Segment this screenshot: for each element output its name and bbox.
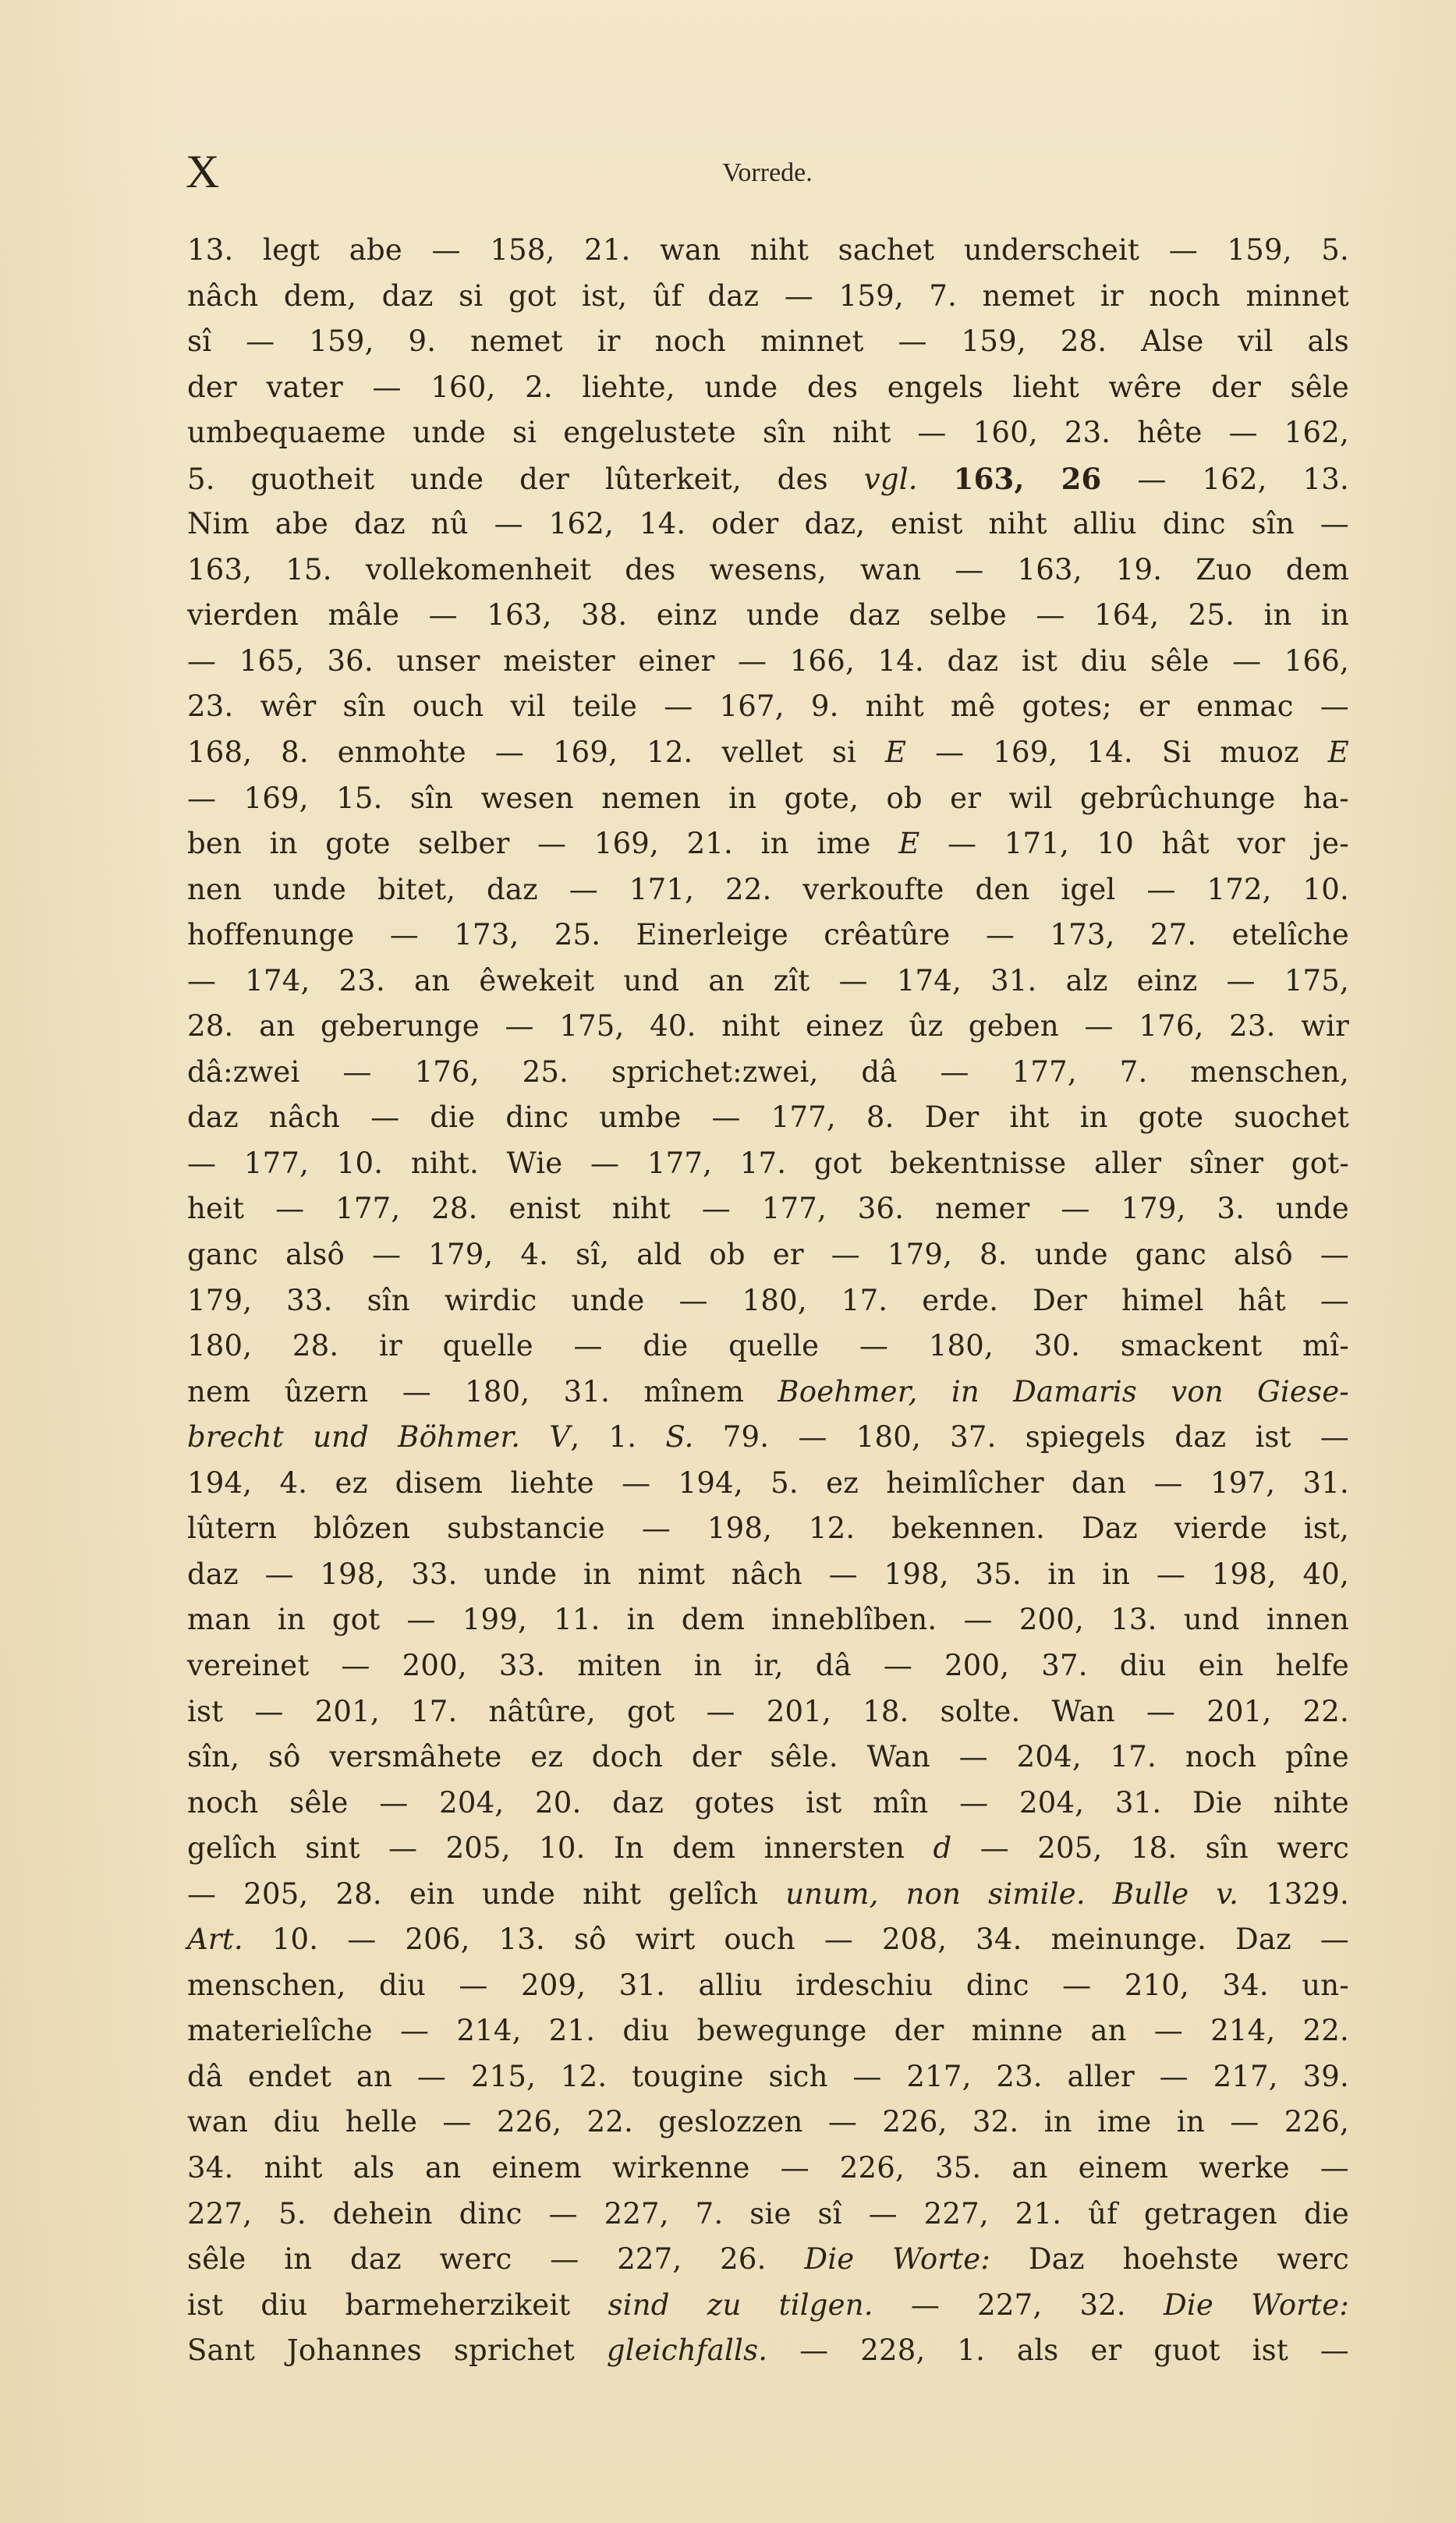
text-line: 179, 33. sîn wirdic unde — 180, 17. erde…: [187, 1278, 1349, 1324]
text-segment: 194, 4. ez disem liehte — 194, 5. ez hei…: [187, 1466, 1349, 1500]
text-segment: — 169, 15. sîn wesen nemen in gote, ob e…: [187, 781, 1349, 815]
text-segment: , 1.: [570, 1420, 665, 1454]
text-segment: 227, 5. dehein dinc — 227, 7. sie sî — 2…: [187, 2197, 1349, 2231]
text-line: der vater — 160, 2. liehte, unde des eng…: [187, 365, 1349, 411]
text-segment: nâch dem, daz si got ist, ûf daz — 159, …: [187, 279, 1349, 313]
text-segment: ist — 201, 17. nâtûre, got — 201, 18. so…: [187, 1695, 1349, 1728]
text-line: ist diu barmeherzikeit sind zu tilgen. —…: [187, 2283, 1349, 2329]
text-line: noch sêle — 204, 20. daz gotes ist mîn —…: [187, 1781, 1349, 1827]
running-head: X Vorrede.: [186, 148, 1349, 195]
text-segment: 1329.: [1238, 1877, 1349, 1911]
italic-text: Die Worte:: [804, 2242, 990, 2276]
italic-text: d: [933, 1831, 952, 1865]
text-segment: daz — 198, 33. unde in nimt nâch — 198, …: [187, 1557, 1349, 1591]
text-line: lûtern blôzen substancie — 198, 12. beke…: [187, 1506, 1349, 1552]
text-segment: — 171, 10 hât vor je-: [919, 827, 1349, 860]
text-segment: 10. — 206, 13. sô wirt ouch — 208, 34. m…: [243, 1922, 1349, 1956]
text-segment: — 205, 18. sîn werc: [951, 1831, 1349, 1865]
text-segment: vierden mâle — 163, 38. einz unde daz se…: [187, 598, 1349, 632]
text-segment: 79. — 180, 37. spiegels daz ist —: [694, 1420, 1349, 1454]
text-segment: — 228, 1. als er guot ist —: [767, 2333, 1349, 2367]
italic-text: S.: [665, 1420, 693, 1454]
text-line: nâch dem, daz si got ist, ûf daz — 159, …: [187, 274, 1349, 320]
text-line: vereinet — 200, 33. miten in ir, dâ — 20…: [187, 1643, 1349, 1689]
italic-text: vgl.: [864, 462, 918, 496]
text-segment: Daz hoehste werc: [990, 2242, 1349, 2276]
italic-text: brecht und Böhmer. V: [187, 1420, 570, 1454]
text-segment: 180, 28. ir quelle — die quelle — 180, 3…: [187, 1329, 1349, 1362]
text-line: dâ endet an — 215, 12. tougine sich — 21…: [187, 2054, 1349, 2100]
italic-text: gleichfalls.: [607, 2333, 767, 2367]
italic-text: Die Worte:: [1164, 2288, 1349, 2322]
text-segment: der vater — 160, 2. liehte, unde des eng…: [187, 370, 1349, 404]
text-segment: lûtern blôzen substancie — 198, 12. beke…: [187, 1511, 1349, 1545]
text-segment: nem ûzern — 180, 31. mînem: [187, 1375, 778, 1409]
text-line: daz nâch — die dinc umbe — 177, 8. Der i…: [187, 1095, 1349, 1141]
text-line: 23. wêr sîn ouch vil teile — 167, 9. nih…: [187, 684, 1349, 730]
text-segment: vereinet — 200, 33. miten in ir, dâ — 20…: [187, 1649, 1349, 1682]
text-segment: 23. wêr sîn ouch vil teile — 167, 9. nih…: [187, 689, 1349, 723]
text-segment: ist diu barmeherzikeit: [187, 2288, 608, 2322]
text-segment: wan diu helle — 226, 22. geslozzen — 226…: [187, 2105, 1349, 2139]
text-line: nen unde bitet, daz — 171, 22. verkoufte…: [187, 867, 1349, 913]
text-line: 180, 28. ir quelle — die quelle — 180, 3…: [187, 1324, 1349, 1370]
text-line: hoffenunge — 173, 25. Einerleige crêatûr…: [187, 912, 1349, 959]
text-segment: sî — 159, 9. nemet ir noch minnet — 159,…: [187, 324, 1349, 358]
text-line: wan diu helle — 226, 22. geslozzen — 226…: [187, 2100, 1349, 2146]
text-segment: hoffenunge — 173, 25. Einerleige crêatûr…: [187, 918, 1349, 951]
text-line: — 205, 28. ein unde niht gelîch unum, no…: [187, 1872, 1349, 1918]
text-line: umbequaeme unde si engelustete sîn niht …: [187, 410, 1349, 456]
text-line: 13. legt abe — 158, 21. wan niht sachet …: [187, 228, 1349, 274]
text-segment: — 227, 32.: [873, 2288, 1164, 2322]
text-line: sîn, sô versmâhete ez doch der sêle. Wan…: [187, 1735, 1349, 1781]
text-segment: — 177, 10. niht. Wie — 177, 17. got beke…: [187, 1146, 1349, 1180]
text-segment: — 169, 14. Si muoz: [906, 735, 1328, 769]
text-segment: sêle in daz werc — 227, 26.: [187, 2242, 804, 2276]
text-line: 168, 8. enmohte — 169, 12. vellet si E —…: [187, 730, 1349, 776]
text-line: gelîch sint — 205, 10. In dem innersten …: [187, 1826, 1349, 1872]
text-line: 194, 4. ez disem liehte — 194, 5. ez hei…: [187, 1461, 1349, 1507]
text-segment: 28. an geberunge — 175, 40. niht einez û…: [187, 1009, 1349, 1043]
text-segment: [918, 462, 954, 496]
text-line: ben in gote selber — 169, 21. in ime E —…: [187, 821, 1349, 867]
text-segment: — 162, 13.: [1101, 462, 1349, 496]
text-segment: 179, 33. sîn wirdic unde — 180, 17. erde…: [187, 1284, 1349, 1317]
text-line: 28. an geberunge — 175, 40. niht einez û…: [187, 1004, 1349, 1050]
text-segment: sîn, sô versmâhete ez doch der sêle. Wan…: [187, 1740, 1349, 1774]
text-line: man in got — 199, 11. in dem inneblîben.…: [187, 1597, 1349, 1643]
bold-text: 163, 26: [954, 462, 1102, 496]
text-line: sêle in daz werc — 227, 26. Die Worte: D…: [187, 2237, 1349, 2283]
book-page: X Vorrede. 13. legt abe — 158, 21. wan n…: [0, 0, 1456, 2523]
text-segment: 168, 8. enmohte — 169, 12. vellet si: [187, 735, 885, 769]
text-segment: Sant Johannes sprichet: [187, 2333, 607, 2367]
text-segment: heit — 177, 28. enist niht — 177, 36. ne…: [187, 1192, 1349, 1225]
text-line: ist — 201, 17. nâtûre, got — 201, 18. so…: [187, 1689, 1349, 1735]
text-segment: 13. legt abe — 158, 21. wan niht sachet …: [187, 233, 1349, 267]
text-segment: nen unde bitet, daz — 171, 22. verkoufte…: [187, 873, 1349, 906]
text-line: 5. guotheit unde der lûterkeit, des vgl.…: [187, 456, 1349, 502]
text-line: Nim abe daz nû — 162, 14. oder daz, enis…: [187, 501, 1349, 547]
running-title: Vorrede.: [186, 158, 1349, 189]
text-segment: gelîch sint — 205, 10. In dem innersten: [187, 1831, 933, 1865]
italic-text: Art.: [187, 1922, 243, 1956]
text-line: 34. niht als an einem wirkenne — 226, 35…: [187, 2146, 1349, 2192]
text-line: heit — 177, 28. enist niht — 177, 36. ne…: [187, 1186, 1349, 1232]
body-text: 13. legt abe — 158, 21. wan niht sachet …: [187, 228, 1349, 2374]
italic-text: E: [885, 735, 906, 769]
text-segment: dâ endet an — 215, 12. tougine sich — 21…: [187, 2060, 1349, 2093]
text-segment: man in got — 199, 11. in dem inneblîben.…: [187, 1603, 1349, 1636]
text-segment: dâ:zwei — 176, 25. sprichet:zwei, dâ — 1…: [187, 1055, 1349, 1089]
text-line: ganc alsô — 179, 4. sî, ald ob er — 179,…: [187, 1232, 1349, 1278]
italic-text: sind zu tilgen.: [608, 2288, 873, 2322]
text-line: Art. 10. — 206, 13. sô wirt ouch — 208, …: [187, 1917, 1349, 1963]
text-line: 227, 5. dehein dinc — 227, 7. sie sî — 2…: [187, 2192, 1349, 2238]
text-segment: 163, 15. vollekomenheit des wesens, wan …: [187, 553, 1349, 586]
text-line: daz — 198, 33. unde in nimt nâch — 198, …: [187, 1552, 1349, 1598]
text-line: nem ûzern — 180, 31. mînem Boehmer, in D…: [187, 1370, 1349, 1416]
text-line: — 165, 36. unser meister einer — 166, 14…: [187, 639, 1349, 685]
italic-text: Boehmer, in Damaris von Giese-: [778, 1375, 1349, 1409]
text-line: 163, 15. vollekomenheit des wesens, wan …: [187, 547, 1349, 594]
text-segment: materielîche — 214, 21. diu bewegunge de…: [187, 2014, 1349, 2047]
text-segment: noch sêle — 204, 20. daz gotes ist mîn —…: [187, 1786, 1349, 1820]
text-line: menschen, diu — 209, 31. alliu irdeschiu…: [187, 1963, 1349, 2009]
text-segment: umbequaeme unde si engelustete sîn niht …: [187, 416, 1349, 449]
text-segment: menschen, diu — 209, 31. alliu irdeschiu…: [187, 1968, 1349, 2002]
italic-text: E: [1328, 735, 1349, 769]
text-line: brecht und Böhmer. V, 1. S. 79. — 180, 3…: [187, 1415, 1349, 1461]
text-segment: — 165, 36. unser meister einer — 166, 14…: [187, 644, 1349, 678]
text-segment: 34. niht als an einem wirkenne — 226, 35…: [187, 2151, 1349, 2185]
text-segment: ben in gote selber — 169, 21. in ime: [187, 827, 898, 860]
italic-text: E: [898, 827, 919, 860]
italic-text: unum, non simile. Bulle v.: [785, 1877, 1238, 1911]
text-segment: ganc alsô — 179, 4. sî, ald ob er — 179,…: [187, 1238, 1349, 1271]
text-line: — 174, 23. an êwekeit und an zît — 174, …: [187, 959, 1349, 1005]
text-line: Sant Johannes sprichet gleichfalls. — 22…: [187, 2328, 1349, 2374]
text-segment: — 174, 23. an êwekeit und an zît — 174, …: [187, 964, 1349, 998]
text-line: dâ:zwei — 176, 25. sprichet:zwei, dâ — 1…: [187, 1050, 1349, 1096]
text-segment: Nim abe daz nû — 162, 14. oder daz, enis…: [187, 507, 1349, 540]
text-line: — 177, 10. niht. Wie — 177, 17. got beke…: [187, 1141, 1349, 1187]
text-line: vierden mâle — 163, 38. einz unde daz se…: [187, 593, 1349, 639]
text-line: sî — 159, 9. nemet ir noch minnet — 159,…: [187, 319, 1349, 365]
text-line: materielîche — 214, 21. diu bewegunge de…: [187, 2008, 1349, 2054]
text-segment: — 205, 28. ein unde niht gelîch: [187, 1877, 785, 1911]
text-segment: daz nâch — die dinc umbe — 177, 8. Der i…: [187, 1100, 1349, 1134]
text-line: — 169, 15. sîn wesen nemen in gote, ob e…: [187, 776, 1349, 822]
text-segment: 5. guotheit unde der lûterkeit, des: [187, 462, 864, 496]
